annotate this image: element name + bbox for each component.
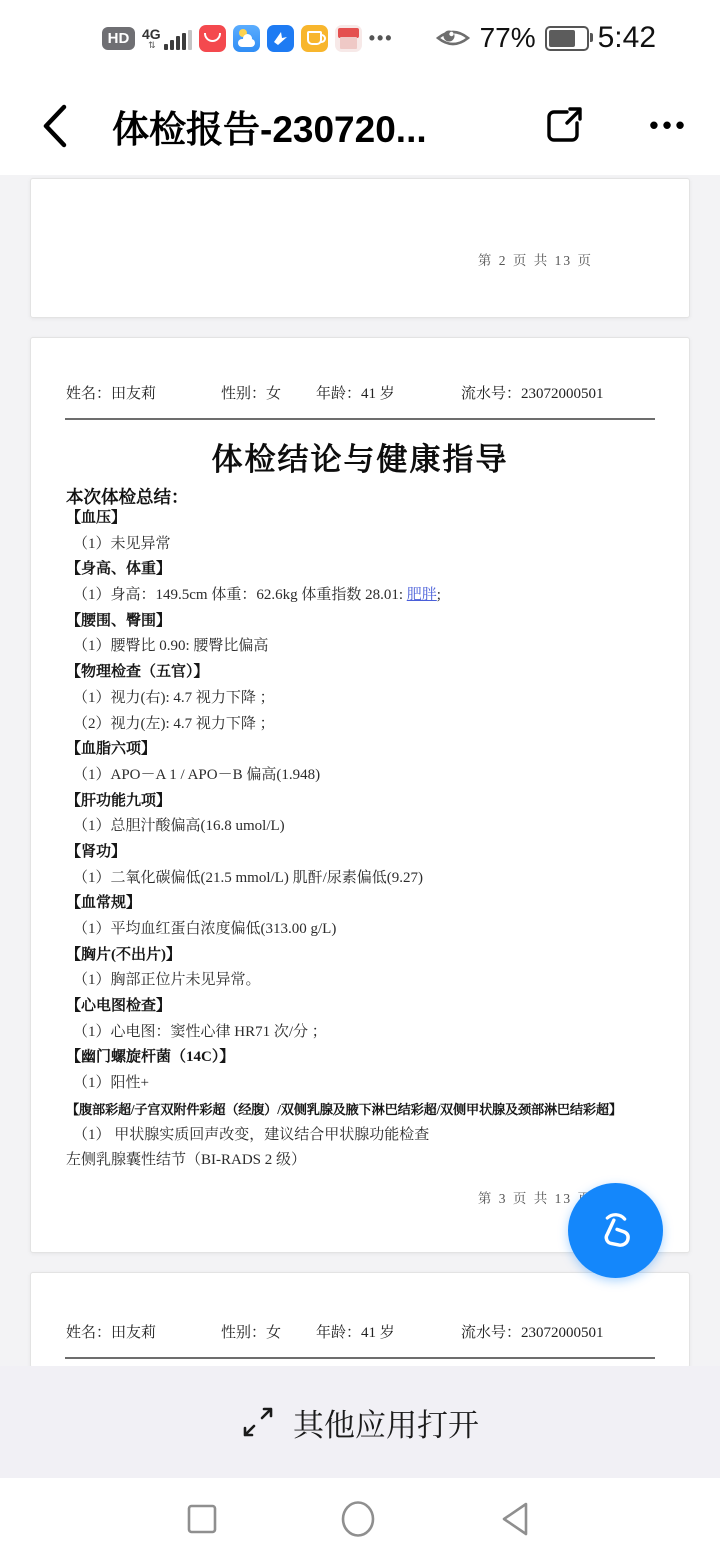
bird-app-notification-icon — [267, 25, 294, 52]
status-bar-right: 77% 5:42 — [435, 21, 656, 55]
expand-arrows-icon — [241, 1405, 275, 1439]
status-bar: HD 4G ⇅ ••• 77% 5:42 — [0, 0, 720, 76]
doc-line: 【身高、体重】 — [66, 557, 659, 583]
weather-notification-icon — [233, 25, 260, 52]
back-chevron-icon — [38, 101, 72, 151]
doc-line: （1）APO－A 1 / APO－B 偏高(1.948) — [66, 763, 659, 789]
back-button[interactable] — [20, 91, 90, 161]
serial-number: 流水号：23072000501 — [461, 382, 604, 403]
more-menu-button[interactable]: ••• — [634, 96, 704, 156]
eye-comfort-icon — [435, 25, 471, 51]
open-external-icon — [542, 104, 586, 148]
bmi-suffix: ; — [437, 587, 441, 603]
doc-line: 【肝功能九项】 — [66, 789, 659, 815]
doc-line: 【胸片(不出片)】 — [66, 943, 659, 969]
header-divider — [65, 418, 655, 420]
doc-line: （1）视力(右): 4.7 视力下降 ； — [66, 686, 659, 712]
patient-age: 年龄：41 岁 — [316, 1321, 461, 1342]
report-section-title: 体检结论与健康指导 — [31, 434, 689, 479]
bmi-text: （1）身高：149.5cm 体重：62.6kg 体重指数 28.01: — [73, 587, 407, 603]
doc-line: 【血脂六项】 — [66, 737, 659, 763]
status-overflow-dots: ••• — [369, 28, 394, 49]
doc-line: 【物理检查（五官）】 — [66, 660, 659, 686]
pdf-page-4: 姓名：田友莉 性别：女 年龄：41 岁 流水号：23072000501 — [30, 1272, 690, 1368]
patient-name: 姓名：田友莉 — [66, 1321, 221, 1342]
hand-gesture-icon — [590, 1205, 642, 1257]
bmi-line: （1）身高：149.5cm 体重：62.6kg 体重指数 28.01: 肥胖; — [66, 583, 659, 609]
battery-percent-label: 77% — [480, 22, 536, 54]
network-type-label: 4G — [142, 27, 161, 41]
doc-line: 【心电图检查】 — [66, 994, 659, 1020]
doc-line: 【肾功】 — [66, 840, 659, 866]
patient-header-row: 姓名：田友莉 性别：女 年龄：41 岁 流水号：23072000501 — [66, 1321, 654, 1342]
battery-icon — [545, 26, 589, 51]
hd-voice-icon: HD — [102, 27, 135, 50]
data-arrows-icon: ⇅ — [148, 41, 155, 50]
patient-gender: 性别：女 — [221, 1321, 316, 1342]
open-with-label: 其他应用打开 — [293, 1400, 479, 1445]
header-divider — [65, 1357, 655, 1359]
recents-button[interactable] — [184, 1501, 220, 1537]
network-indicator: 4G ⇅ — [142, 27, 192, 50]
doc-line: 【幽门螺旋杆菌（14C）】 — [66, 1045, 659, 1071]
home-button[interactable] — [338, 1499, 378, 1539]
patient-age: 年龄：41 岁 — [316, 382, 461, 403]
doc-line: 【腹部彩超/子宫双附件彩超（经腹）/双侧乳腺及腋下淋巴结彩超/双侧甲状腺及颈部淋… — [66, 1097, 659, 1123]
doc-line: （1）二氧化碳偏低(21.5 mmol/L) 肌酐/尿素偏低(9.27) — [66, 866, 659, 892]
giftbox-notification-icon — [335, 25, 362, 52]
cup-app-notification-icon — [301, 25, 328, 52]
doc-line: （2）视力(左): 4.7 视力下降 ； — [66, 712, 659, 738]
obesity-link[interactable]: 肥胖 — [407, 587, 437, 603]
doc-line: 【血常规】 — [66, 891, 659, 917]
doc-line: （1）心电图：窦性心律 HR71 次/分 ； — [66, 1020, 659, 1046]
pdf-page-2: 第 2 页 共 13 页 — [30, 178, 690, 318]
nav-bar: 体检报告-230720... ••• — [0, 76, 720, 176]
appgallery-notification-icon — [199, 25, 226, 52]
doc-line: 左侧乳腺囊性结节（BI-RADS 2 级） — [66, 1148, 659, 1174]
doc-line: （1）平均血红蛋白浓度偏低(313.00 g/L) — [66, 917, 659, 943]
doc-line: （1）总胆汁酸偏高(16.8 umol/L) — [66, 814, 659, 840]
android-navigation-bar — [0, 1478, 720, 1560]
page2-footer: 第 2 页 共 13 页 — [478, 249, 593, 269]
share-button[interactable] — [534, 96, 594, 156]
document-title: 体检报告-230720... — [112, 99, 427, 153]
doc-line: （1）阳性+ — [66, 1071, 659, 1097]
patient-name: 姓名：田友莉 — [66, 382, 221, 403]
report-body: 【血压】 （1）未见异常 【身高、体重】 （1）身高：149.5cm 体重：62… — [66, 506, 659, 1174]
doc-line: （1）腰臀比 0.90: 腰臀比偏高 — [66, 634, 659, 660]
patient-gender: 性别：女 — [221, 382, 316, 403]
gesture-floating-button[interactable] — [568, 1183, 663, 1278]
clock-label: 5:42 — [598, 21, 656, 55]
serial-number: 流水号：23072000501 — [461, 1321, 604, 1342]
pdf-page-3: 姓名：田友莉 性别：女 年龄：41 岁 流水号：23072000501 体检结论… — [30, 337, 690, 1253]
patient-header-row: 姓名：田友莉 性别：女 年龄：41 岁 流水号：23072000501 — [66, 382, 654, 403]
doc-line: （1）未见异常 — [66, 532, 659, 558]
signal-bars-icon — [164, 30, 192, 50]
status-bar-left: HD 4G ⇅ ••• — [102, 25, 394, 52]
open-with-bar[interactable]: 其他应用打开 — [0, 1366, 720, 1478]
doc-line: 【血压】 — [66, 506, 659, 532]
doc-line: （1）胸部正位片未见异常。 — [66, 968, 659, 994]
doc-line: 【腰围、臀围】 — [66, 609, 659, 635]
back-nav-button[interactable] — [496, 1499, 536, 1539]
doc-line: （1） 甲状腺实质回声改变，建议结合甲状腺功能检查 — [66, 1123, 659, 1149]
